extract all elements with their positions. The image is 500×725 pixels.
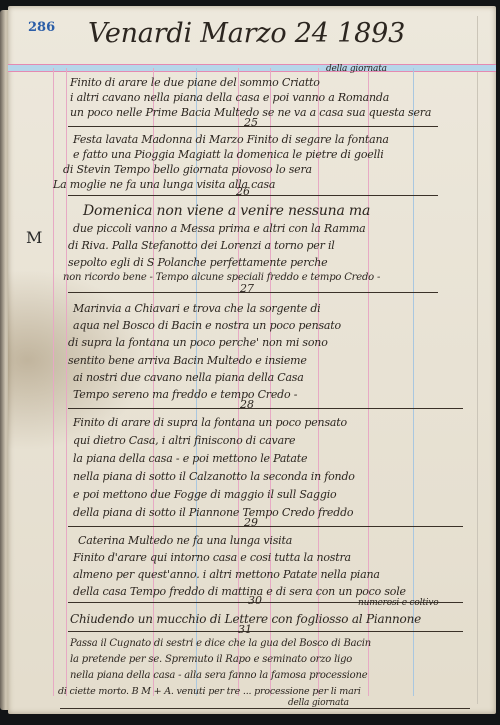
entry-line: la pretende per se. Spremuto il Rapo e s…: [70, 654, 352, 665]
day-number: 31: [238, 623, 252, 636]
header-rule: [8, 64, 496, 72]
entry-line: qui dietro Casa, i altri finiscono di ca…: [73, 434, 295, 447]
day-divider: [68, 631, 463, 632]
entry-line: i altri cavano nella piana della casa e …: [70, 91, 389, 104]
entry-line: di supra la fontana un poco perche' non …: [68, 336, 328, 349]
entry-line: ai nostri due cavano nella piana della C…: [73, 371, 304, 384]
page-gutter-line: [477, 16, 478, 704]
day-divider: [68, 526, 463, 527]
day-number: 28: [240, 398, 254, 411]
entry-line: Finito d'arare qui intorno casa e cosi t…: [73, 551, 351, 564]
day-number: 26: [236, 185, 250, 198]
entry-line: almeno per quest'anno. i altri mettono P…: [73, 568, 380, 581]
entry-line: Caterina Multedo ne fa una lunga visita: [78, 534, 292, 547]
entry-line: Passa il Cugnato di sestri e dice che la…: [70, 638, 371, 649]
entry-line: di Riva. Palla Stefanotto dei Lorenzi a …: [68, 239, 335, 252]
day-number: 25: [244, 116, 258, 129]
margin-mark: M: [26, 228, 42, 247]
entry-line: nella piana della casa - alla sera fanno…: [70, 670, 367, 681]
entry-line: della casa Tempo freddo di mattina e di …: [73, 585, 406, 598]
entry-line: della giornata: [288, 698, 349, 708]
entry-line: aqua nel Bosco di Bacin e nostra un poco…: [73, 319, 341, 332]
day-number: 30: [248, 594, 262, 607]
entry-line: non ricordo bene - Tempo alcune speciali…: [63, 272, 380, 283]
entry-line: di Stevin Tempo bello giornata piovoso l…: [63, 163, 312, 176]
entry-line: di ciette morto. B M + A. venuti per tre…: [58, 686, 361, 697]
entry-line: Festa lavata Madonna di Marzo Finito di …: [73, 133, 389, 146]
entry-note: della giornata: [326, 64, 387, 74]
page-end-rule: [60, 708, 470, 709]
entry-line: la piana della casa - e poi mettono le P…: [73, 452, 307, 465]
entry-line: Tempo sereno ma freddo e tempo Credo -: [73, 388, 297, 401]
entry-line: sentito bene arriva Bacin Multedo e insi…: [68, 354, 307, 367]
entry-line: della piana di sotto il Piannone Tempo C…: [73, 506, 353, 519]
entry-note: numerosi e coltivo: [358, 598, 438, 608]
page-number: 286: [28, 20, 55, 35]
entry-line: Finito di arare le due piane del sommo C…: [70, 76, 320, 89]
page-heading-date: Venardi Marzo 24 1893: [88, 18, 405, 49]
entry-line: e poi mettono due Fogge di maggio il sul…: [73, 488, 336, 501]
entry-line: sepolto egli di S Polanche perfettamente…: [68, 256, 327, 269]
entry-line: e fatto una Pioggia Magiatt la domenica …: [73, 148, 384, 161]
entry-line: nella piana di sotto il Calzanotto la se…: [73, 470, 355, 483]
entry-line: Marinvia a Chiavari e trova che la sorge…: [73, 302, 321, 315]
ruling-vertical: [53, 68, 54, 696]
day-divider: [68, 195, 438, 196]
ledger-page: 286 M Venardi Marzo 24 1893 della giorna…: [8, 6, 496, 714]
day-divider: [68, 408, 463, 409]
day-number: 27: [240, 282, 254, 295]
entry-line: due piccoli vanno a Messa prima e altri …: [73, 222, 366, 235]
entry-line: Domenica non viene a venire nessuna ma: [83, 203, 370, 219]
day-number: 29: [244, 516, 258, 529]
entry-line: Finito di arare di supra la fontana un p…: [73, 416, 347, 429]
